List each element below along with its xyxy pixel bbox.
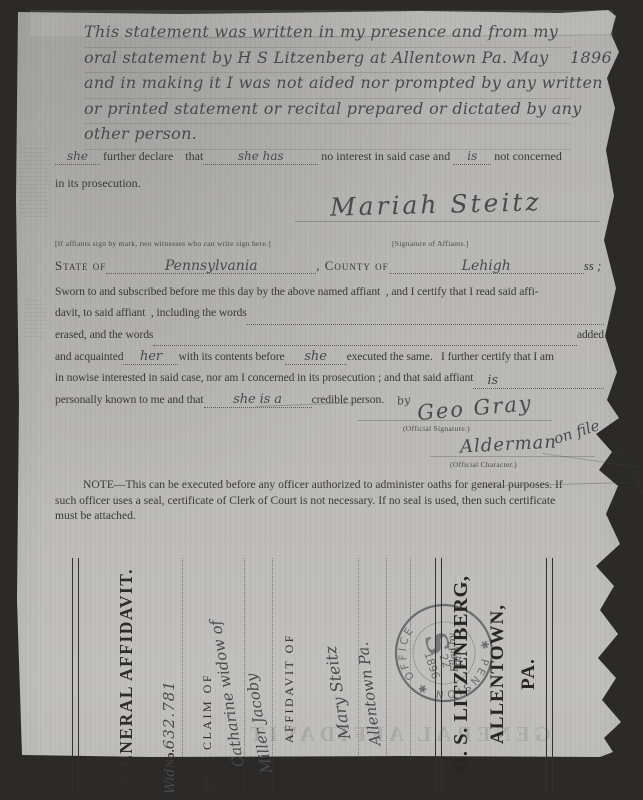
declaration-printed: no interest in said case and — [318, 149, 453, 163]
filing-card-section: GENERAL AFFIDAVIT. WidNo.632.781 ☛ CLAIM… — [60, 552, 620, 798]
double-rule — [546, 558, 553, 792]
official-character-caption: (Official Character.) — [450, 460, 517, 469]
state-value: Pennsylvania — [106, 258, 316, 274]
county-label: , County of — [316, 258, 388, 273]
statement-line: and in making it I was not aided nor pro… — [84, 73, 571, 99]
witness-caption: [If affiants sign by mark, two witnesses… — [55, 239, 271, 248]
jurat-line3b: added — [577, 328, 604, 341]
dotted-line — [386, 558, 387, 794]
double-rule — [435, 558, 442, 792]
bleed-smudge — [24, 300, 44, 340]
claim-number-line: WidNo.632.781 — [160, 680, 178, 794]
filing-card-rotated: GENERAL AFFIDAVIT. WidNo.632.781 ☛ CLAIM… — [60, 552, 620, 798]
has-insert: she has — [203, 149, 318, 165]
venue-line: State ofPennsylvania, County ofLehighss … — [55, 258, 601, 274]
official-signature-line — [357, 420, 552, 421]
scanned-affidavit-photo: This statement was written in my presenc… — [0, 0, 643, 800]
official-signature-caption: (Official Signature.) — [403, 424, 470, 433]
double-rule — [72, 558, 79, 792]
note-line: such officer uses a seal, certificate of… — [55, 493, 595, 509]
number-label: No. — [162, 749, 177, 768]
card-title: GENERAL AFFIDAVIT. — [116, 560, 137, 790]
is-insert2: is — [473, 375, 604, 389]
attorney-state: PA. — [518, 560, 540, 788]
statement-line: oral statement by H S Litzenberg at Alle… — [84, 48, 571, 74]
statement-line: This statement was written in my presenc… — [84, 22, 571, 48]
jurat-line4a: and acquainted — [55, 350, 123, 363]
jurat-line1: Sworn to and subscribed before me this d… — [55, 285, 539, 298]
signature-caption: [Signature of Affiants.] — [392, 239, 469, 248]
jurat-line4c: executed the same. I further certify tha… — [347, 350, 554, 363]
dotted-line — [182, 558, 183, 794]
declaration-printed: not concerned — [491, 149, 562, 163]
pronoun-insert: she — [55, 149, 100, 165]
note-line: must be attached. — [55, 508, 595, 524]
card-affiant-name: Mary Steitz — [321, 645, 355, 741]
handwritten-statement: This statement was written in my presenc… — [84, 22, 571, 150]
by-mark: by — [396, 393, 411, 408]
affidavit-of-label: AFFIDAVIT OF — [282, 633, 297, 743]
declaration-printed: further declare that — [100, 149, 203, 163]
claim-label: CLAIM OF — [200, 673, 215, 750]
county-value: Lehigh — [389, 258, 584, 274]
number-prefix: Wid — [163, 768, 178, 794]
declaration-line: she further declare thatshe has no inter… — [55, 149, 607, 165]
claimant-name-line2: Miller Jacoby — [242, 672, 276, 775]
blank-leader — [247, 311, 604, 325]
bleed-smudge — [20, 148, 50, 218]
is-insert: is — [453, 149, 491, 165]
her-insert: her — [123, 349, 178, 365]
jurat-line5: in nowise interested in said case, nor a… — [55, 371, 473, 384]
pen-flourish — [616, 446, 643, 494]
attorney-city: ALLENTOWN, — [487, 560, 509, 788]
blank-leader — [153, 332, 576, 346]
affiant-signature: Mariah Steitz — [330, 187, 542, 222]
manicule-icon: ☛ — [198, 774, 219, 790]
statement-line: other person. — [84, 124, 571, 150]
dotted-line — [272, 558, 273, 794]
jurat-line6a: personally known to me and that — [55, 393, 204, 406]
jurat-line2: davit, to said affiant , including the w… — [55, 306, 247, 319]
signature-line — [295, 221, 600, 222]
she-insert: she — [285, 349, 347, 365]
note-paragraph: NOTE—This can be executed before any off… — [55, 477, 595, 524]
ss-label: ss ; — [584, 258, 602, 273]
attorney-name: H. S. LITZENBERG, — [450, 560, 473, 788]
number-value: 632.781 — [160, 680, 178, 749]
statement-line: or printed statement or recital prepared… — [84, 99, 571, 125]
state-label: State of — [55, 258, 106, 273]
jurat-line4b: with its contents before — [178, 350, 284, 363]
jurat-line3a: erased, and the words — [55, 328, 153, 341]
declaration-line2: in its prosecution. — [55, 176, 141, 191]
